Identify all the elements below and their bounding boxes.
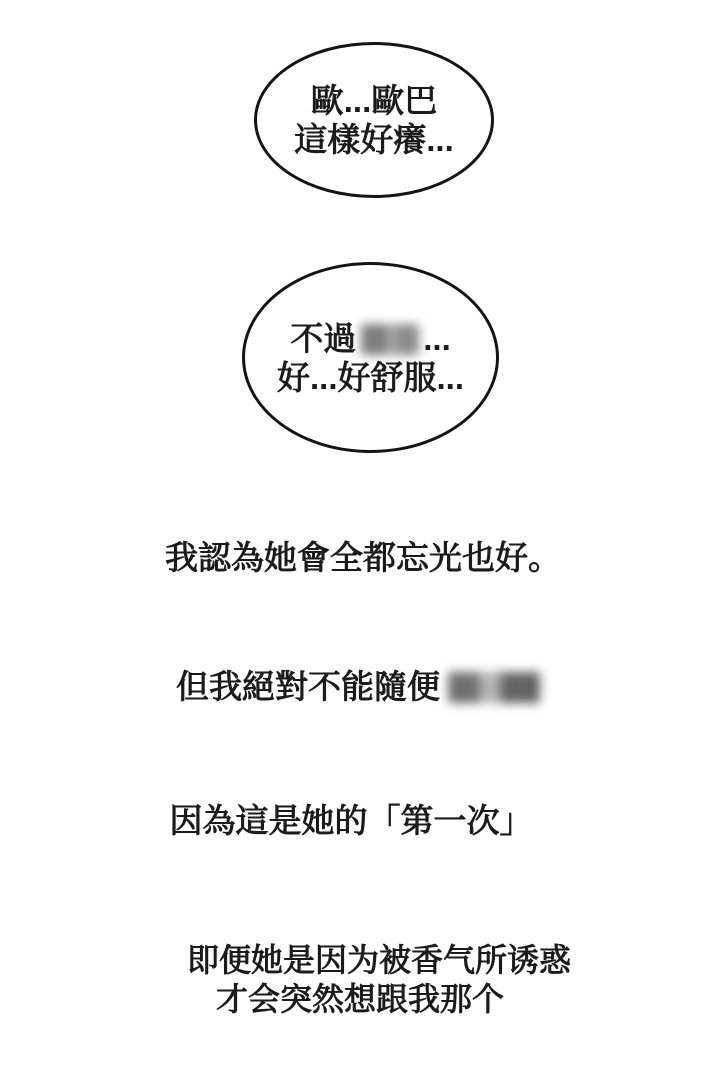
censored-blur-patch (448, 672, 540, 703)
narration-line-2: 但我絕對不能隨便 (0, 667, 718, 706)
comic-page: 歐...歐巴 這樣好癢... 不過... 好...好舒服... 我認為她會全都忘… (0, 0, 720, 1082)
speech-bubble-1-text: 歐...歐巴 這樣好癢... (294, 81, 454, 159)
bubble1-line2: 這樣好癢... (294, 120, 454, 159)
narration-line-4: 即便她是因为被香气所诱惑 (19, 941, 720, 980)
narration-line-5: 才会突然想跟我那个 (0, 980, 720, 1019)
narration-line-1: 我認為她會全都忘光也好。 (3, 538, 720, 577)
bubble2-line1-ellipsis: ... (423, 320, 451, 357)
narration-block-4: 即便她是因为被香气所诱惑 才会突然想跟我那个 (19, 941, 720, 1019)
speech-bubble-2: 不過... 好...好舒服... (242, 262, 499, 453)
narration-line-3: 因為這是她的「第一次」 (0, 801, 711, 840)
censored-blur-patch (361, 324, 419, 355)
speech-bubble-2-text: 不過... 好...好舒服... (277, 319, 464, 397)
bubble1-line1: 歐...歐巴 (294, 81, 454, 120)
bubble2-line1-prefix: 不過 (290, 320, 356, 357)
narration-line-2-text: 但我絕對不能隨便 (176, 668, 440, 705)
bubble2-line1: 不過... (277, 319, 464, 358)
bubble2-line2: 好...好舒服... (277, 358, 464, 397)
speech-bubble-1: 歐...歐巴 這樣好癢... (254, 42, 494, 198)
